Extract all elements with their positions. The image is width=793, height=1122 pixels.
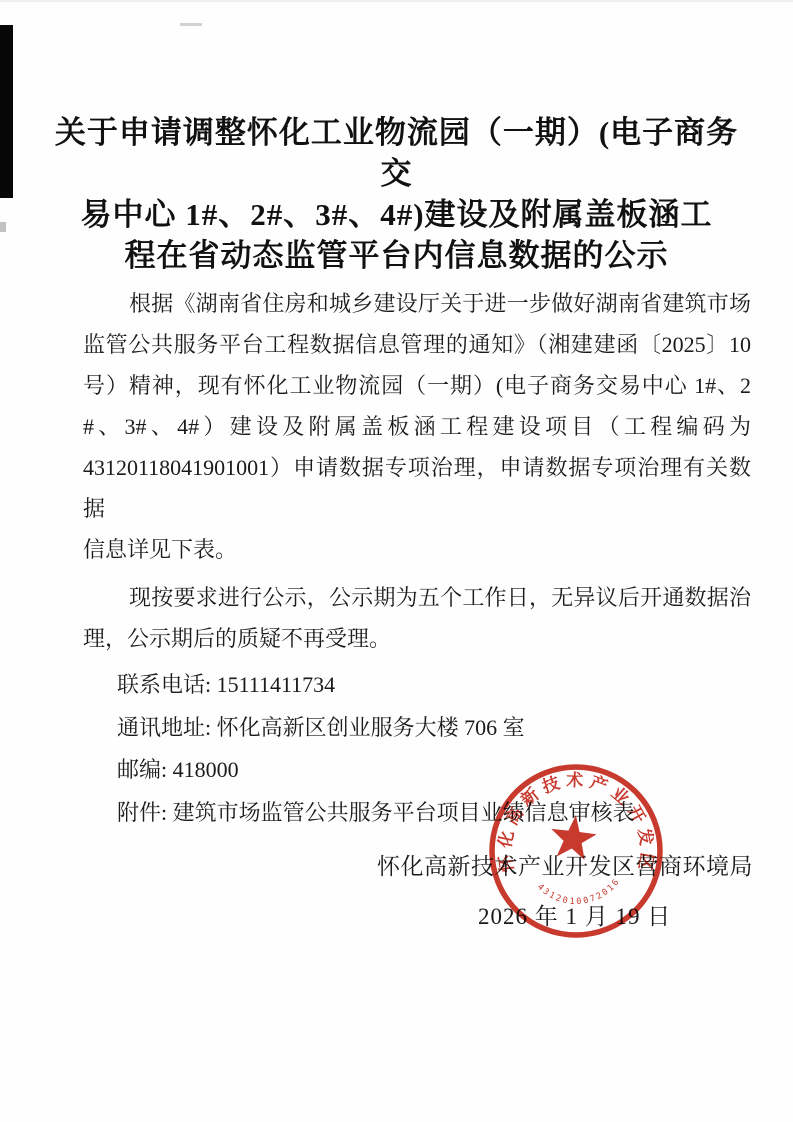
body-line: 监管公共服务平台工程数据信息管理的通知》（湘建建函〔2025〕10 bbox=[83, 324, 751, 365]
body-line: 信息详见下表。 bbox=[83, 529, 751, 570]
scan-edge-line bbox=[0, 0, 793, 2]
paragraph-notice-period: 现按要求进行公示，公示期为五个工作日，无异议后开通数据治 理，公示期后的质疑不再… bbox=[83, 577, 751, 659]
body-line: 号）精神，现有怀化工业物流园（一期）(电子商务交易中心 1#、2 bbox=[83, 365, 751, 406]
paragraph-basis: 根据《湖南省住房和城乡建设厅关于进一步做好湖南省建筑市场 监管公共服务平台工程数… bbox=[83, 283, 751, 570]
scan-artifact-speck bbox=[0, 222, 6, 232]
issue-date: 2026 年 1 月 19 日 bbox=[478, 898, 671, 931]
title-line: 易中心 1#、2#、3#、4#)建设及附属盖板涵工 bbox=[40, 194, 753, 235]
document-title: 关于申请调整怀化工业物流园（一期）(电子商务交 易中心 1#、2#、3#、4#)… bbox=[40, 112, 753, 276]
body-line: 根据《湖南省住房和城乡建设厅关于进一步做好湖南省建筑市场 bbox=[83, 283, 751, 324]
contact-info: 联系电话: 15111411734 通讯地址: 怀化高新区创业服务大楼 706 … bbox=[83, 664, 751, 834]
attachment-line: 附件: 建筑市场监管公共服务平台项目业绩信息审核表 bbox=[117, 792, 751, 835]
contact-phone-line: 联系电话: 15111411734 bbox=[117, 664, 751, 707]
document-body: 根据《湖南省住房和城乡建设厅关于进一步做好湖南省建筑市场 监管公共服务平台工程数… bbox=[83, 283, 751, 834]
scanned-document-page: 关于申请调整怀化工业物流园（一期）(电子商务交 易中心 1#、2#、3#、4#)… bbox=[0, 0, 793, 1122]
contact-address-line: 通讯地址: 怀化高新区创业服务大楼 706 室 bbox=[117, 707, 751, 750]
contact-postcode-line: 邮编: 418000 bbox=[117, 749, 751, 792]
title-line: 程在省动态监管平台内信息数据的公示 bbox=[40, 235, 753, 276]
issuing-authority: 怀化高新技术产业开发区营商环境局 bbox=[377, 848, 753, 881]
body-line: 理，公示期后的质疑不再受理。 bbox=[83, 618, 751, 659]
body-line: #、3#、4#）建设及附属盖板涵工程建设项目（工程编码为 bbox=[83, 406, 751, 447]
title-line: 关于申请调整怀化工业物流园（一期）(电子商务交 bbox=[40, 112, 753, 194]
scan-artifact-dash bbox=[180, 23, 202, 26]
body-line: 现按要求进行公示，公示期为五个工作日，无异议后开通数据治 bbox=[83, 577, 751, 618]
scan-artifact-bar bbox=[0, 25, 13, 198]
body-line: 43120118041901001）申请数据专项治理，申请数据专项治理有关数据 bbox=[83, 447, 751, 529]
